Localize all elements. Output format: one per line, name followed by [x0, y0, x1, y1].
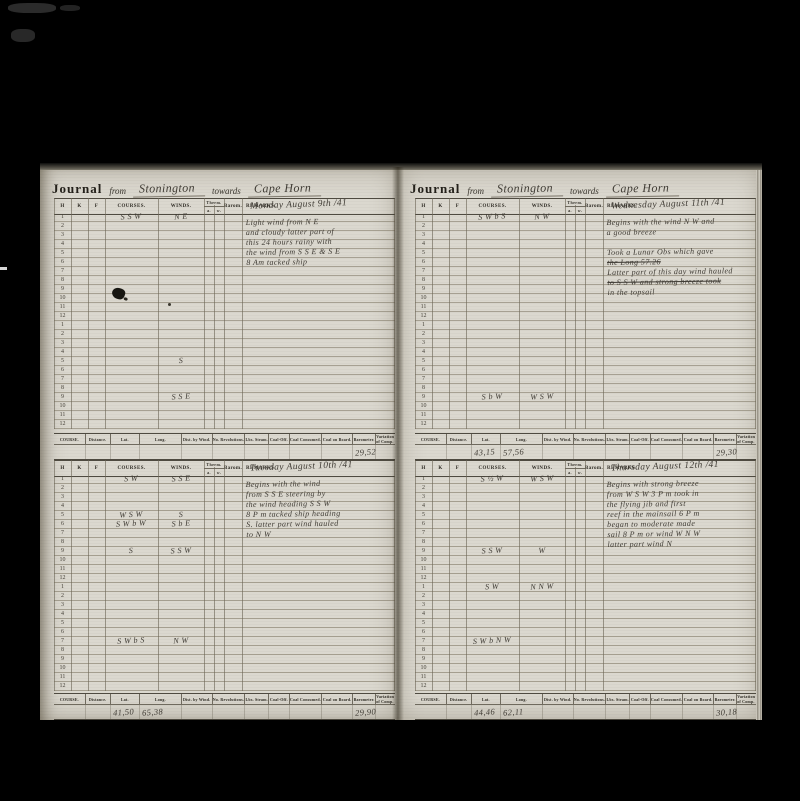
summary-col-label: No. Revolutions.: [574, 694, 607, 704]
hour-number: 3: [415, 339, 432, 348]
summary-value-cell: [574, 705, 607, 719]
journal-label: Journal: [410, 181, 460, 197]
journal-label: Journal: [52, 181, 102, 197]
summary-value-text: 43,15: [473, 446, 495, 457]
column-header-hour: H: [415, 199, 432, 214]
course-entry: S ½ W: [462, 472, 522, 484]
from-label: from: [467, 186, 484, 197]
summary-col-label: Lbs. Steam.: [245, 694, 269, 704]
hour-number: 3: [54, 493, 71, 502]
hour-number: 1: [54, 321, 71, 330]
journal-page-left: JournalfromStoningtontowardsCape HornHKF…: [40, 168, 398, 720]
column-header-hour: H: [54, 461, 71, 476]
summary-col-label: Long.: [140, 434, 182, 444]
wind-entry: W: [519, 545, 565, 556]
hour-number: 11: [415, 303, 432, 312]
summary-col-label: Lat.: [111, 694, 140, 704]
hour-number: 4: [54, 348, 71, 357]
summary-col-label: Coal Consumed.: [290, 434, 323, 444]
summary-label-row: COURSE.Distance.Lat.Long.Dist. by Wind.N…: [54, 434, 395, 445]
wind-entry: S S E: [158, 473, 204, 484]
summary-col-label: Long.: [140, 694, 182, 704]
summary-value-text: 30,18: [716, 706, 738, 717]
summary-strip: COURSE.Distance.Lat.Long.Dist. by Wind.N…: [415, 693, 756, 720]
therm-sub-rule: [214, 205, 215, 429]
hour-number: 11: [415, 673, 432, 682]
hour-number: 1: [415, 583, 432, 592]
summary-value-cell: [111, 445, 140, 459]
column-rule: [242, 460, 243, 691]
column-header-hour: H: [415, 461, 432, 476]
summary-col-label: Dist. by Wind.: [182, 694, 213, 704]
wind-entry: N W: [519, 211, 565, 222]
summary-col-label: Coal-Off.: [269, 434, 289, 444]
hour-number: 9: [54, 547, 71, 556]
column-rule: [158, 198, 159, 429]
hour-number: 9: [54, 285, 71, 294]
hour-number: 5: [54, 357, 71, 366]
hour-number: 7: [415, 267, 432, 276]
hour-number: 7: [54, 529, 71, 538]
summary-col-label: Variation of Comp.: [737, 694, 756, 704]
destination-name: Cape Horn: [606, 180, 680, 197]
summary-value-text: 29,90: [355, 706, 377, 717]
hour-number: 12: [54, 574, 71, 583]
column-rule: [603, 460, 604, 691]
logbook-spread: JournalfromStoningtontowardsCape HornHKF…: [40, 163, 762, 722]
hour-number: 11: [54, 411, 71, 420]
column-header-knots: K: [432, 199, 449, 214]
course-entry: S W b S: [101, 634, 161, 646]
summary-value-cell: [651, 445, 684, 459]
column-rule: [105, 198, 106, 429]
summary-value-cell: [245, 445, 269, 459]
hour-number: 9: [415, 655, 432, 664]
remarks-block: Begins with the wind N W anda good breez…: [606, 216, 755, 298]
hour-number: 4: [54, 502, 71, 511]
column-header-barom: Barom.: [585, 199, 603, 214]
hour-number: 9: [54, 393, 71, 402]
course-entry: S b W: [462, 390, 522, 402]
summary-value-cell: 57,56: [501, 445, 543, 459]
hour-number: 12: [415, 682, 432, 691]
summary-value-cell: 41,50: [111, 705, 140, 719]
summary-label-row: COURSE.Distance.Lat.Long.Dist. by Wind.N…: [415, 694, 756, 705]
hour-number: 5: [54, 619, 71, 628]
column-header-fathoms: F: [449, 199, 466, 214]
summary-value-row: 41,5065,3829,90: [54, 705, 395, 719]
summary-col-label: Coal on Board.: [683, 434, 714, 444]
summary-value-cell: [630, 445, 650, 459]
column-rule: [755, 198, 756, 429]
hour-number: 6: [415, 628, 432, 637]
hour-number: 4: [54, 610, 71, 619]
page-header: JournalfromStoningtontowardsCape Horn: [410, 177, 746, 197]
hour-number: 9: [54, 655, 71, 664]
column-rule: [54, 198, 55, 429]
summary-value-cell: [54, 705, 86, 719]
summary-value-cell: [213, 445, 246, 459]
hour-number: 3: [415, 493, 432, 502]
therm-sub-rule: [575, 467, 576, 691]
column-rule: [755, 460, 756, 691]
hour-number: 10: [54, 294, 71, 303]
journal-page-right: JournalfromStoningtontowardsCape HornHKF…: [398, 168, 762, 720]
scan-smudge: [60, 5, 80, 11]
column-rule: [565, 460, 566, 691]
hour-number: 11: [54, 303, 71, 312]
summary-col-label: Coal Consumed.: [290, 694, 323, 704]
summary-col-label: COURSE.: [415, 434, 447, 444]
summary-col-label: No. Revolutions.: [213, 694, 246, 704]
hour-number: 10: [54, 664, 71, 673]
summary-value-cell: 29,52: [353, 445, 376, 459]
wind-entry: S S E: [158, 391, 204, 402]
hour-number: 5: [54, 249, 71, 258]
column-rule: [415, 198, 416, 429]
hour-number: 1: [415, 321, 432, 330]
hour-number: 1: [415, 475, 432, 484]
summary-col-label: Lat.: [472, 434, 501, 444]
summary-value-cell: [606, 445, 630, 459]
hour-number: 2: [54, 592, 71, 601]
hour-number: 1: [54, 583, 71, 592]
hour-number: 12: [54, 420, 71, 429]
wind-entry: N W: [158, 635, 204, 646]
hour-number: 2: [415, 330, 432, 339]
summary-value-row: 44,4662,1130,18: [415, 705, 756, 719]
summary-label-row: COURSE.Distance.Lat.Long.Dist. by Wind.N…: [415, 434, 756, 445]
summary-col-label: Long.: [501, 434, 543, 444]
column-rule: [71, 460, 72, 691]
wind-entry: N E: [158, 211, 204, 222]
wind-entry: S b E: [158, 518, 204, 529]
column-rule: [224, 198, 225, 429]
hour-number: 12: [415, 420, 432, 429]
column-rule: [415, 460, 416, 691]
hour-number: 1: [415, 213, 432, 222]
from-label: from: [109, 186, 126, 197]
hour-number: 11: [415, 411, 432, 420]
column-rule: [105, 460, 106, 691]
column-header-fathoms: F: [449, 461, 466, 476]
column-rule: [519, 460, 520, 691]
wind-entry: W S W: [519, 391, 565, 402]
column-rule: [432, 198, 433, 429]
hour-number: 8: [415, 384, 432, 393]
summary-value-cell: [737, 445, 756, 459]
summary-value-cell: 44,46: [472, 705, 501, 719]
summary-value-cell: [140, 445, 182, 459]
summary-value-cell: 62,11: [501, 705, 543, 719]
summary-value-cell: [543, 445, 574, 459]
summary-value-cell: [651, 705, 684, 719]
hour-number: 4: [415, 502, 432, 511]
wind-entry: N N W: [519, 581, 565, 592]
hour-number: 3: [54, 339, 71, 348]
summary-col-label: Coal-Off.: [630, 694, 650, 704]
hour-number: 6: [415, 258, 432, 267]
log-table: HKFCOURSES.WINDS.Therm.a.w.Barom.REMARKS…: [415, 460, 756, 692]
summary-label-row: COURSE.Distance.Lat.Long.Dist. by Wind.N…: [54, 694, 395, 705]
column-rule: [224, 460, 225, 691]
hour-number: 10: [54, 402, 71, 411]
summary-value-cell: 30,18: [714, 705, 737, 719]
hour-number: 7: [54, 375, 71, 384]
hour-number: 5: [415, 511, 432, 520]
summary-col-label: Barometer.: [714, 694, 737, 704]
column-header-fathoms: F: [88, 461, 105, 476]
summary-col-label: Lat.: [111, 434, 140, 444]
hour-number: 8: [415, 538, 432, 547]
summary-col-label: Coal-Off.: [630, 434, 650, 444]
summary-value-text: 65,38: [142, 706, 164, 717]
summary-value-cell: 29,30: [714, 445, 737, 459]
hour-number: 10: [415, 294, 432, 303]
column-rule: [242, 198, 243, 429]
summary-strip: COURSE.Distance.Lat.Long.Dist. by Wind.N…: [54, 693, 395, 720]
origin-name: Stonington: [491, 180, 563, 197]
summary-col-label: Barometer.: [714, 434, 737, 444]
summary-value-cell: [269, 705, 289, 719]
summary-col-label: Coal on Board.: [683, 694, 714, 704]
column-rule: [432, 460, 433, 691]
summary-value-cell: [737, 705, 756, 719]
summary-value-cell: [543, 705, 574, 719]
summary-value-text: 29,52: [355, 446, 377, 457]
hour-number: 8: [415, 276, 432, 285]
hour-number: 12: [415, 574, 432, 583]
summary-value-cell: [447, 445, 472, 459]
summary-strip: COURSE.Distance.Lat.Long.Dist. by Wind.N…: [415, 433, 756, 460]
summary-value-cell: [630, 705, 650, 719]
summary-value-cell: [182, 705, 213, 719]
remarks-line: in the topsail: [607, 286, 755, 298]
hour-number: 2: [415, 592, 432, 601]
summary-value-cell: 65,38: [140, 705, 182, 719]
remarks-line: latter part wind N: [607, 538, 755, 550]
hour-number: 8: [54, 384, 71, 393]
summary-col-label: Lbs. Steam.: [606, 694, 630, 704]
column-rule: [466, 198, 467, 429]
summary-value-cell: [606, 705, 630, 719]
hour-number: 7: [54, 267, 71, 276]
wind-entry: W S W: [519, 473, 565, 484]
column-rule: [603, 198, 604, 429]
ink-speck: [168, 303, 171, 306]
hour-number: 2: [415, 222, 432, 231]
hour-number: 12: [54, 682, 71, 691]
scan-edge-mark: [0, 267, 7, 270]
scan-smudge: [8, 3, 56, 13]
scanned-logbook-photo: { "columns": { "hour": "H", "knots": "K"…: [0, 0, 800, 801]
hour-number: 12: [415, 312, 432, 321]
summary-col-label: Variation of Comp.: [737, 434, 756, 444]
summary-col-label: Coal-Off.: [269, 694, 289, 704]
column-header-fathoms: F: [88, 199, 105, 214]
column-header-barom: Barom.: [224, 199, 242, 214]
column-rule: [158, 460, 159, 691]
summary-col-label: Distance.: [447, 694, 472, 704]
summary-value-cell: [269, 445, 289, 459]
column-rule: [519, 198, 520, 429]
hour-number: 5: [54, 511, 71, 520]
summary-col-label: Dist. by Wind.: [543, 694, 574, 704]
course-entry: S W: [462, 580, 522, 592]
course-entry: S W b W: [101, 517, 161, 529]
summary-value-row: 43,1557,5629,30: [415, 445, 756, 459]
hour-number: 2: [54, 330, 71, 339]
summary-col-label: Coal Consumed.: [651, 694, 684, 704]
summary-col-label: Lat.: [472, 694, 501, 704]
column-header-knots: K: [432, 461, 449, 476]
hour-number: 8: [54, 276, 71, 285]
summary-col-label: No. Revolutions.: [574, 434, 607, 444]
therm-sub-rule: [575, 205, 576, 429]
origin-name: Stonington: [133, 180, 205, 197]
hour-number: 3: [415, 601, 432, 610]
hour-number: 4: [415, 240, 432, 249]
column-rule: [54, 460, 55, 691]
hour-number: 8: [54, 538, 71, 547]
hour-number: 10: [54, 556, 71, 565]
log-table: HKFCOURSES.WINDS.Therm.a.w.Barom.REMARKS…: [415, 198, 756, 430]
hour-number: 6: [415, 520, 432, 529]
hour-number: 11: [54, 673, 71, 682]
course-entry: S W: [101, 472, 161, 484]
summary-value-cell: [683, 445, 714, 459]
column-header-knots: K: [71, 199, 88, 214]
summary-value-cell: [290, 705, 323, 719]
hour-number: 6: [54, 258, 71, 267]
remarks-line: 8 Am tacked ship: [246, 256, 394, 268]
hour-number: 4: [415, 610, 432, 619]
summary-value-cell: 29,90: [353, 705, 376, 719]
book-gutter: [392, 167, 404, 720]
summary-value-cell: [290, 445, 323, 459]
column-header-hour: H: [54, 199, 71, 214]
summary-value-cell: [86, 705, 111, 719]
summary-col-label: COURSE.: [54, 694, 86, 704]
remarks-block: Light wind from N Eand cloudy latter par…: [246, 216, 395, 268]
hour-number: 7: [54, 637, 71, 646]
summary-value-text: 41,50: [112, 706, 134, 717]
column-rule: [204, 198, 205, 429]
column-rule: [585, 460, 586, 691]
hour-number: 1: [54, 475, 71, 484]
hour-number: 9: [415, 393, 432, 402]
hour-number: 6: [54, 366, 71, 375]
hour-number: 12: [54, 312, 71, 321]
log-table: HKFCOURSES.WINDS.Therm.a.w.Barom.REMARKS…: [54, 198, 395, 430]
summary-col-label: No. Revolutions.: [213, 434, 246, 444]
hour-number: 5: [415, 249, 432, 258]
summary-value-cell: [322, 445, 353, 459]
remarks-line: to N W: [246, 528, 394, 540]
summary-col-label: Distance.: [86, 694, 111, 704]
hour-number: 7: [415, 375, 432, 384]
wind-entry: S: [158, 355, 204, 366]
wind-entry: S S W: [158, 545, 204, 556]
summary-col-label: COURSE.: [54, 434, 86, 444]
hour-number: 9: [415, 285, 432, 294]
summary-value-cell: [447, 705, 472, 719]
destination-name: Cape Horn: [248, 180, 322, 197]
summary-value-cell: [54, 445, 86, 459]
hour-number: 10: [415, 402, 432, 411]
hour-number: 7: [415, 637, 432, 646]
column-rule: [449, 460, 450, 691]
hour-number: 11: [54, 565, 71, 574]
summary-col-label: Barometer.: [353, 434, 376, 444]
hour-number: 2: [54, 222, 71, 231]
course-entry: S S W: [462, 544, 522, 556]
summary-col-label: Dist. by Wind.: [182, 434, 213, 444]
log-table: HKFCOURSES.WINDS.Therm.a.w.Barom.REMARKS…: [54, 460, 395, 692]
summary-value-cell: [322, 705, 353, 719]
summary-value-text: 44,46: [473, 706, 495, 717]
hour-number: 8: [54, 646, 71, 655]
summary-value-text: 29,30: [716, 446, 738, 457]
hour-number: 5: [415, 357, 432, 366]
summary-col-label: Long.: [501, 694, 543, 704]
summary-col-label: Coal on Board.: [322, 434, 353, 444]
towards-label: towards: [212, 186, 241, 197]
summary-value-cell: [415, 445, 447, 459]
hour-number: 1: [54, 213, 71, 222]
hour-number: 6: [54, 628, 71, 637]
summary-value-cell: [574, 445, 607, 459]
column-header-knots: K: [71, 461, 88, 476]
column-rule: [585, 198, 586, 429]
summary-value-cell: 43,15: [472, 445, 501, 459]
column-rule: [71, 198, 72, 429]
hour-number: 10: [415, 664, 432, 673]
summary-value-row: 29,52: [54, 445, 395, 459]
summary-value-text: 62,11: [503, 706, 524, 717]
summary-col-label: Lbs. Steam.: [606, 434, 630, 444]
therm-sub-rule: [214, 467, 215, 691]
hour-number: 4: [415, 348, 432, 357]
summary-value-text: 57,56: [503, 446, 525, 457]
summary-value-cell: [86, 445, 111, 459]
summary-value-cell: [182, 445, 213, 459]
summary-col-label: Distance.: [86, 434, 111, 444]
course-entry: S W b S: [462, 210, 522, 222]
summary-col-label: Coal Consumed.: [651, 434, 684, 444]
column-rule: [466, 460, 467, 691]
column-header-barom: Barom.: [585, 461, 603, 476]
hour-number: 7: [415, 529, 432, 538]
summary-col-label: COURSE.: [415, 694, 447, 704]
column-rule: [565, 198, 566, 429]
course-entry: S: [101, 544, 161, 556]
course-entry: S S W: [101, 210, 161, 222]
column-header-barom: Barom.: [224, 461, 242, 476]
hour-number: 8: [415, 646, 432, 655]
summary-strip: COURSE.Distance.Lat.Long.Dist. by Wind.N…: [54, 433, 395, 460]
hour-number: 5: [415, 619, 432, 628]
summary-col-label: Barometer.: [353, 694, 376, 704]
hour-number: 3: [54, 231, 71, 240]
towards-label: towards: [570, 186, 599, 197]
column-rule: [204, 460, 205, 691]
scan-smudge: [11, 29, 35, 42]
summary-value-cell: [245, 705, 269, 719]
summary-col-label: Coal on Board.: [322, 694, 353, 704]
hour-number: 11: [415, 565, 432, 574]
remarks-block: Begins with strong breezefrom W S W 3 P …: [607, 478, 756, 550]
